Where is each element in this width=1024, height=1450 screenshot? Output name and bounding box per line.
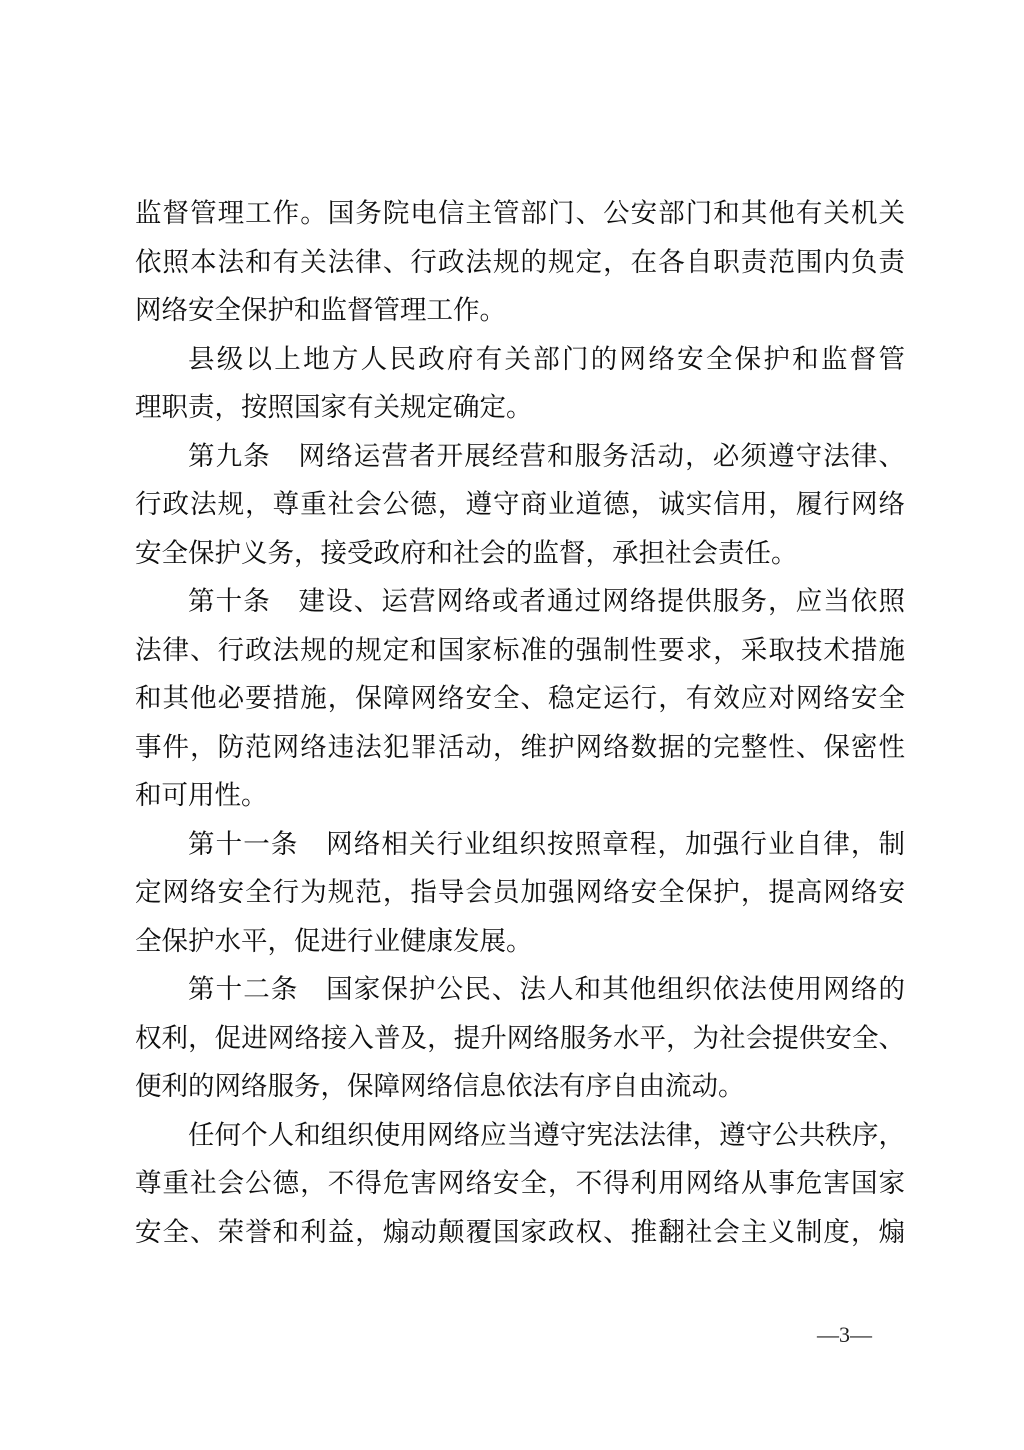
text-line: 安全保护义务，接受政府和社会的监督，承担社会责任。 [135, 529, 905, 578]
text-line: 第十一条 网络相关行业组织按照章程，加强行业自律，制 [135, 820, 905, 869]
text-line: 第十二条 国家保护公民、法人和其他组织依法使用网络的 [135, 965, 905, 1014]
text-line: 和可用性。 [135, 771, 905, 820]
text-line: 县级以上地方人民政府有关部门的网络安全保护和监督管 [135, 335, 905, 384]
text-line: 监督管理工作。国务院电信主管部门、公安部门和其他有关机关 [135, 189, 905, 238]
text-line: 理职责，按照国家有关规定确定。 [135, 383, 905, 432]
text-line: 和其他必要措施，保障网络安全、稳定运行，有效应对网络安全 [135, 674, 905, 723]
text-line: 任何个人和组织使用网络应当遵守宪法法律，遵守公共秩序， [135, 1111, 905, 1160]
text-line: 第九条 网络运营者开展经营和服务活动，必须遵守法律、 [135, 432, 905, 481]
text-line: 依照本法和有关法律、行政法规的规定，在各自职责范围内负责 [135, 238, 905, 287]
body-text-block: 监督管理工作。国务院电信主管部门、公安部门和其他有关机关依照本法和有关法律、行政… [135, 189, 905, 1256]
text-line: 第十条 建设、运营网络或者通过网络提供服务，应当依照 [135, 577, 905, 626]
text-line: 权利，促进网络接入普及，提升网络服务水平，为社会提供安全、 [135, 1014, 905, 1063]
text-line: 事件，防范网络违法犯罪活动，维护网络数据的完整性、保密性 [135, 723, 905, 772]
document-page: 监督管理工作。国务院电信主管部门、公安部门和其他有关机关依照本法和有关法律、行政… [0, 0, 1024, 1450]
text-line: 便利的网络服务，保障网络信息依法有序自由流动。 [135, 1062, 905, 1111]
text-line: 尊重社会公德，不得危害网络安全，不得利用网络从事危害国家 [135, 1159, 905, 1208]
text-line: 行政法规，尊重社会公德，遵守商业道德，诚实信用，履行网络 [135, 480, 905, 529]
text-line: 网络安全保护和监督管理工作。 [135, 286, 905, 335]
text-line: 安全、荣誉和利益，煽动颠覆国家政权、推翻社会主义制度，煽 [135, 1208, 905, 1257]
text-line: 定网络安全行为规范，指导会员加强网络安全保护，提高网络安 [135, 868, 905, 917]
page-number: —3— [817, 1322, 872, 1348]
text-line: 全保护水平，促进行业健康发展。 [135, 917, 905, 966]
text-line: 法律、行政法规的规定和国家标准的强制性要求，采取技术措施 [135, 626, 905, 675]
